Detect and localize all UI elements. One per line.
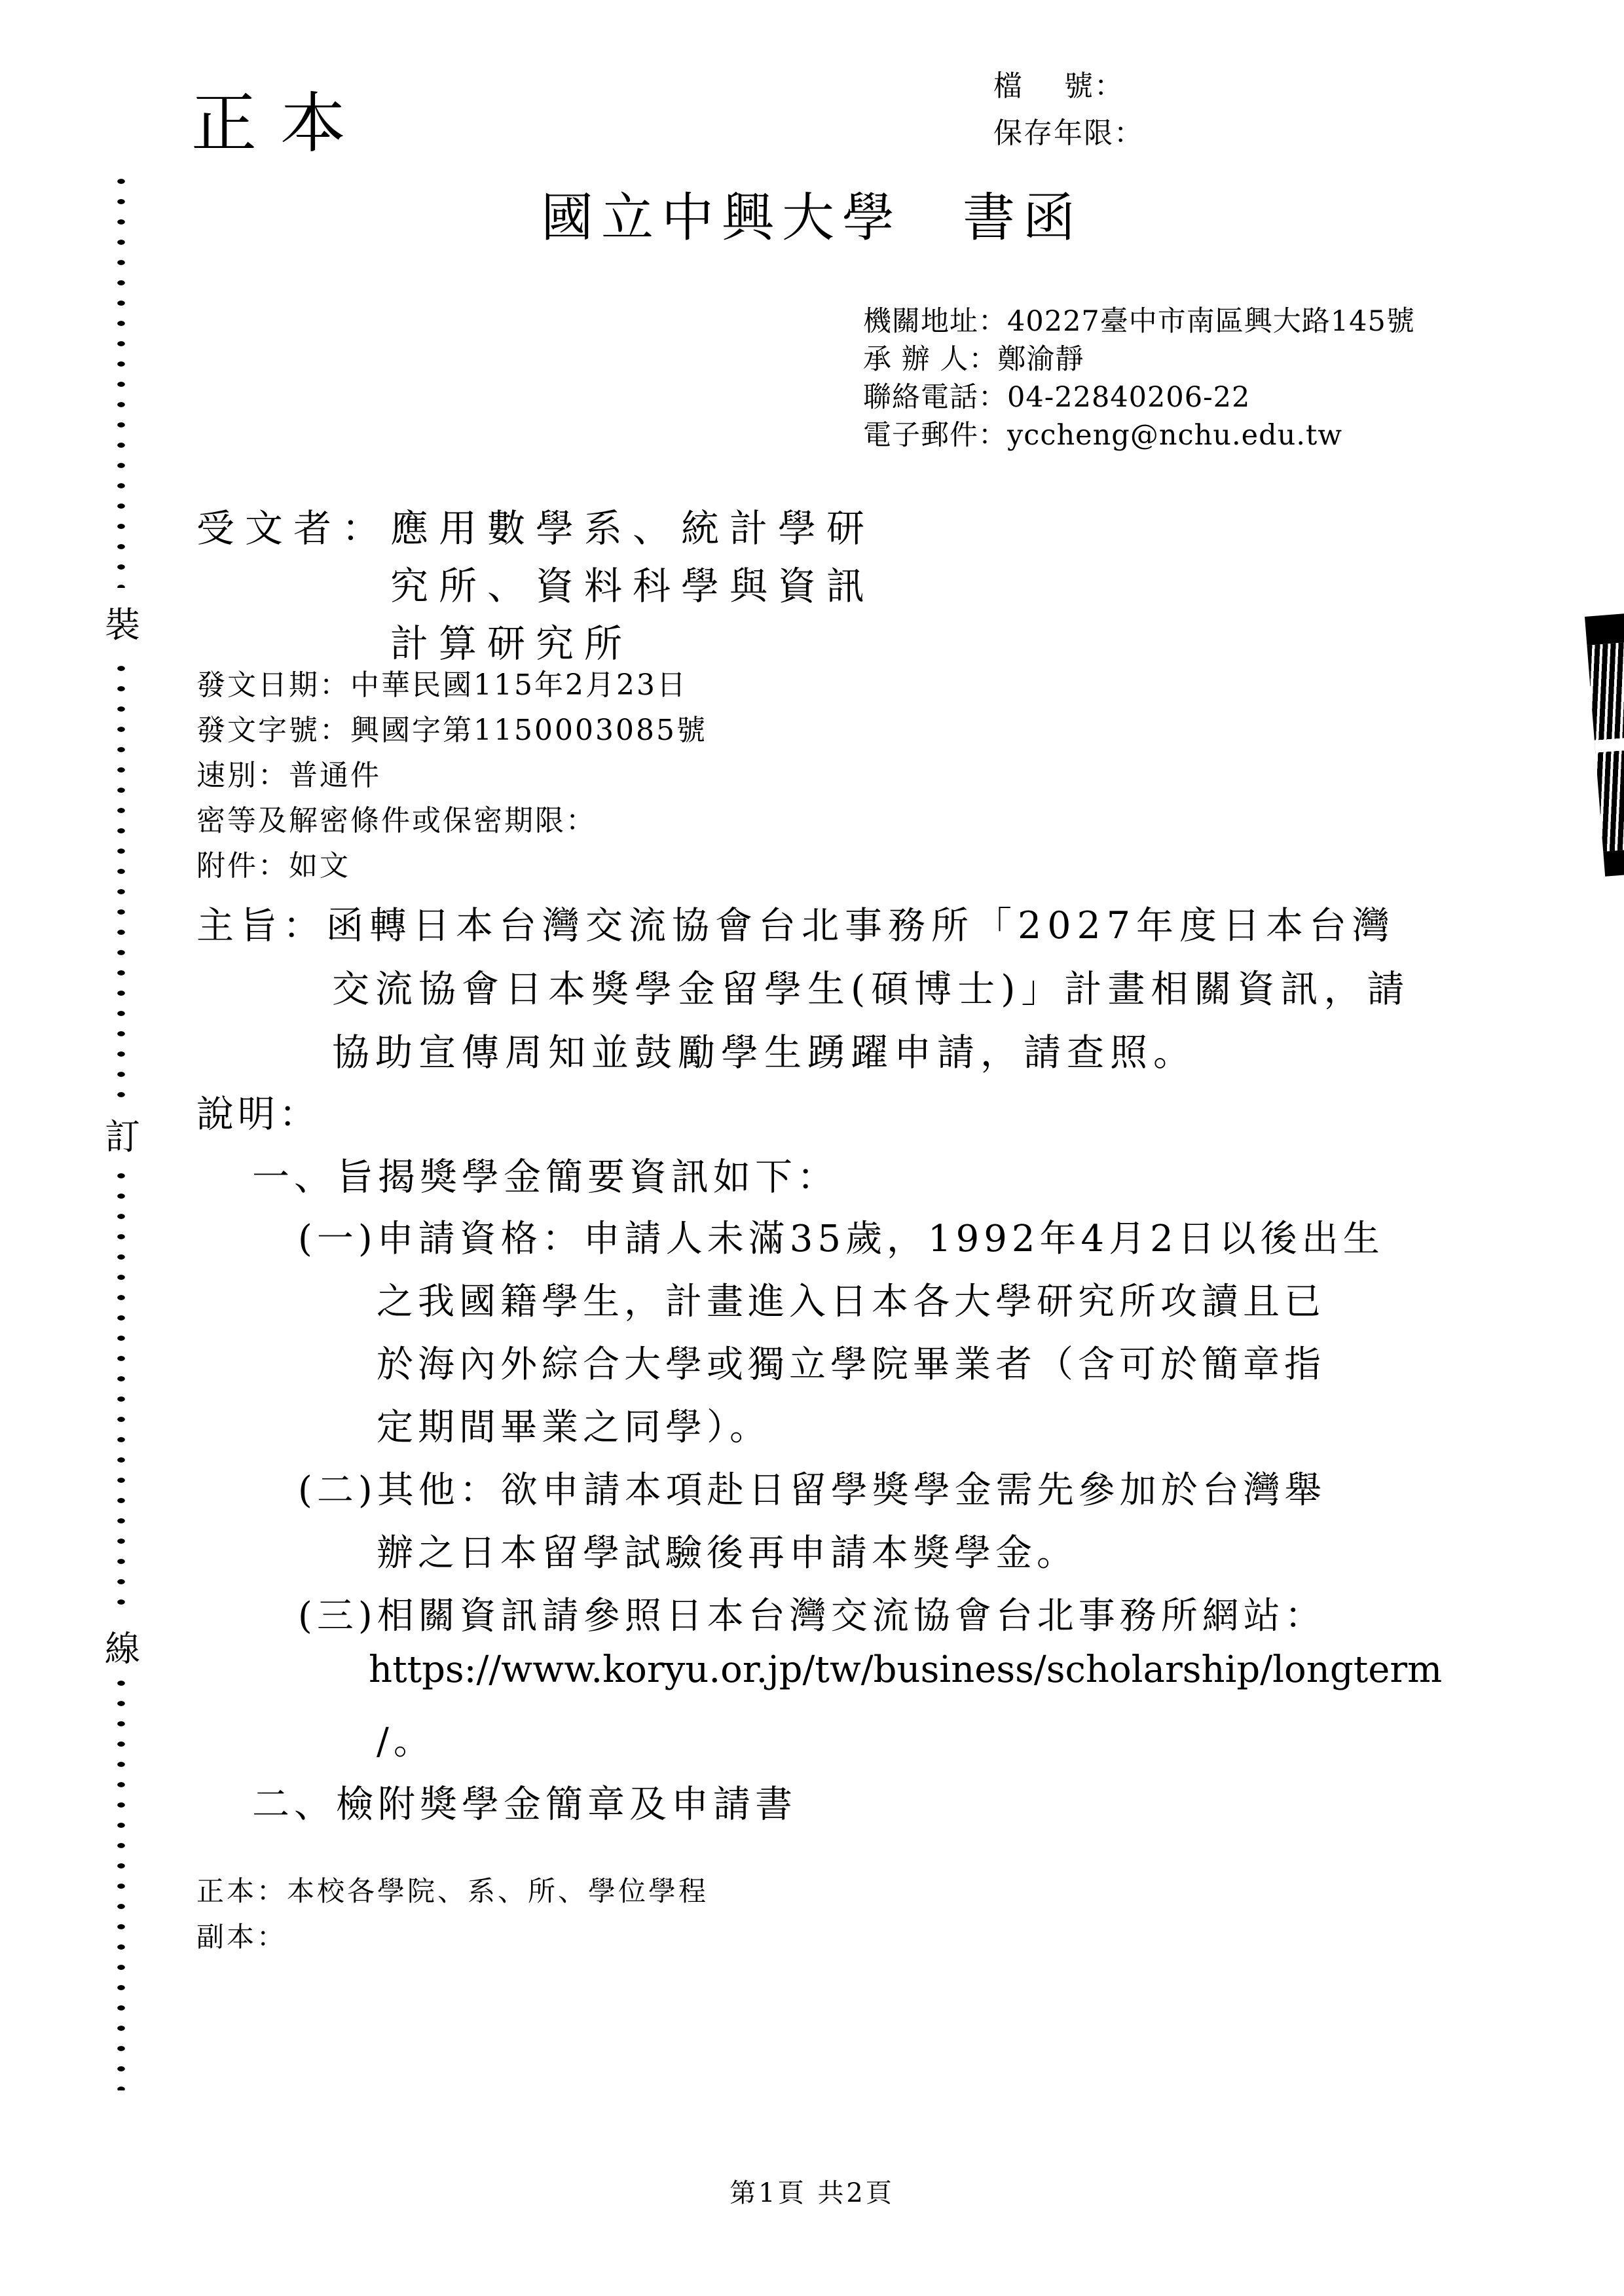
issue-date: 發文日期：中華民國115年2月23日 [196,663,707,708]
page-number: 第1頁 共2頁 [0,2172,1624,2210]
subject-line: 交流協會日本獎學金留學生(碩博士)」計畫相關資訊，請 [332,959,1410,1013]
explanation-item-1-2-line: (二)其他：欲申請本項赴日留學獎學金需先參加於台灣舉 [298,1461,1326,1514]
distribution-original: 正本：本校各學院、系、所、學位學程 [196,1870,709,1909]
recipient-line: 究所、資料科學與資訊 [390,555,875,610]
retention-period-label: 保存年限： [993,110,1144,157]
document-meta-block: 發文日期：中華民國115年2月23日 發文字號：興國字第1150003085號 … [196,663,707,888]
distribution-copy: 副本： [196,1916,287,1955]
recipient-line: 計算研究所 [390,613,633,668]
explanation-item-1-1-line: 之我國籍學生，計畫進入日本各大學研究所攻讀且已 [377,1273,1325,1325]
explanation-item-1-1-line: (一)申請資格：申請人未滿35歲，1992年4月2日以後出生 [298,1210,1384,1262]
explanation-heading: 說明： [196,1084,320,1138]
explanation-item-1-2-line: 辦之日本留學試驗後再申請本獎學金。 [377,1524,1078,1576]
subject-line: 協助宣傳周知並鼓勵學生踴躍申請，請查照。 [332,1023,1196,1076]
explanation-item-1-1-line: 於海內外綜合大學或獨立學院畢業者（含可於簡章指 [377,1336,1325,1388]
explanation-item-1-3-line: (三)相關資訊請參照日本台灣交流協會台北事務所網站： [298,1587,1326,1639]
stamp-top-band [1585,610,1624,646]
agency-contact-block: 機關地址：40227臺中市南區興大路145號 承 辦 人：鄭渝靜 聯絡電話：04… [863,302,1415,454]
file-number-block: 檔 號： 保存年限： [993,63,1144,157]
stamp-stripes [1587,638,1624,852]
contact-officer: 承 辦 人：鄭渝靜 [863,340,1415,378]
contact-phone: 聯絡電話：04-22840206-22 [863,378,1415,416]
binding-mark-ding: 訂 [97,1100,148,1169]
security-classification: 密等及解密條件或保密期限： [196,798,707,843]
explanation-item-2: 二、檢附獎學金簡章及申請書 [252,1774,797,1828]
binding-mark-zhuang: 裝 [97,588,148,657]
contact-email: 電子郵件：yccheng@nchu.edu.tw [863,416,1415,454]
priority-level: 速別：普通件 [196,753,707,798]
document-number: 發文字號：興國字第1150003085號 [196,708,707,753]
copy-type-label: 正本 [191,71,369,165]
attachment-note: 附件：如文 [196,843,707,888]
recipient-line: 受文者：應用數學系、統計學研 [196,498,875,553]
explanation-item-1-1-line: 定期間畢業之同學）。 [377,1398,771,1451]
document-title: 國立中興大學 書函 [0,175,1624,251]
file-number-label: 檔 號： [993,63,1144,110]
binding-mark-xian: 線 [97,1612,148,1681]
subject-line: 主旨：函轉日本台灣交流協會台北事務所「2027年度日本台灣 [196,896,1395,949]
official-letter-page: 正本 檔 號： 保存年限： 國立中興大學 書函 機關地址：40227臺中市南區興… [0,0,1624,2296]
explanation-item-1-3-line: /。 [377,1713,435,1765]
scholarship-url: https://www.koryu.or.jp/tw/business/scho… [369,1649,1442,1691]
explanation-item-1: 一、旨揭獎學金簡要資訊如下： [252,1147,839,1201]
agency-address: 機關地址：40227臺中市南區興大路145號 [863,302,1415,340]
registration-stamp [1585,610,1624,877]
